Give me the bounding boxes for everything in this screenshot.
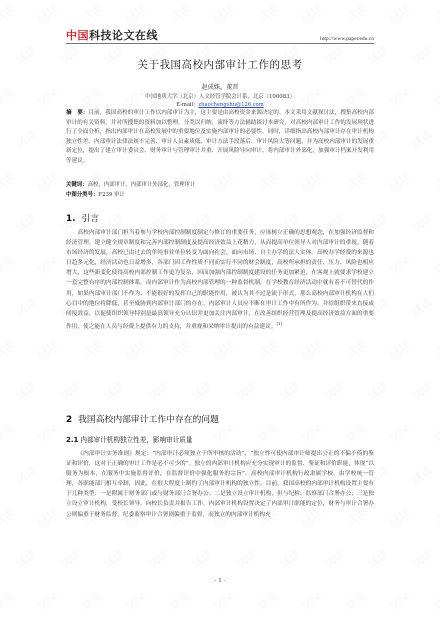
watermark-text: 试读: [144, 378, 171, 404]
watermark-text: 试读: [408, 126, 435, 152]
watermark-text: 试读: [386, 336, 413, 362]
watermark-text: 试读: [34, 168, 61, 194]
watermark-text: 试读: [254, 420, 281, 446]
section-2-heading: 2我国高校内部审计工作中存在的问题: [66, 412, 219, 425]
email-label: E-mail：: [176, 102, 198, 108]
paragraph-text: 《内部审计实务准则》规定：“内部审计必须独立于所审核的活动”，“独立性可使内部审…: [66, 451, 374, 518]
watermark-text: 试读: [364, 378, 391, 404]
watermark-text: 试读: [0, 336, 17, 362]
watermark-text: 试读: [276, 546, 303, 572]
site-header: 中国 科技论文在线 http://www.paper.edu.cn: [66, 29, 374, 44]
watermark-text: 试读: [232, 378, 259, 404]
watermark-text: 试读: [0, 588, 17, 614]
section-1-heading: 1.引言: [66, 211, 99, 224]
abstract: 摘 要：目前，我国高校的审计工作以内部审计为主，这主要是由高校资金来源决定的。本…: [66, 109, 374, 167]
watermark-text: 试读: [386, 252, 413, 278]
email-link[interactable]: zhaochengshu@126.com: [198, 102, 263, 108]
watermark-text: 试读: [12, 210, 39, 236]
watermark-text: 试读: [408, 462, 435, 488]
watermark-text: 试读: [210, 0, 237, 26]
watermark-text: 试读: [56, 378, 83, 404]
keywords-label: 关键词：: [66, 182, 88, 188]
watermark-text: 试读: [276, 378, 303, 404]
watermark-text: 试读: [342, 336, 369, 362]
watermark-text: 试读: [34, 252, 61, 278]
watermark-text: 试读: [122, 588, 149, 614]
watermark-text: 试读: [12, 126, 39, 152]
watermark-text: 试读: [430, 252, 440, 278]
watermark-text: 试读: [188, 546, 215, 572]
watermark-text: 试读: [430, 420, 440, 446]
watermark-text: 试读: [12, 42, 39, 68]
paper-authors: 赵成姝，董晋: [66, 82, 374, 91]
citation[interactable]: [1]: [276, 321, 282, 326]
watermark-text: 试读: [78, 336, 105, 362]
watermark-text: 试读: [210, 588, 237, 614]
watermark-text: 试读: [386, 420, 413, 446]
abstract-text: 目前，我国高校的审计工作以内部审计为主，这主要是由高校资金来源决定的。本文采用文…: [66, 110, 374, 164]
watermark-text: 试读: [210, 336, 237, 362]
watermark-text: 试读: [34, 0, 61, 26]
watermark-text: 试读: [166, 0, 193, 26]
watermark-text: 试读: [144, 546, 171, 572]
watermark-text: 试读: [100, 378, 127, 404]
watermark-text: 试读: [430, 336, 440, 362]
watermark-text: 试读: [12, 546, 39, 572]
watermark-text: 试读: [12, 378, 39, 404]
section-title: 我国高校内部审计工作中存在的问题: [78, 415, 219, 425]
watermark-text: 试读: [100, 546, 127, 572]
section-number: 1.: [66, 214, 75, 224]
watermark-text: 试读: [386, 0, 413, 26]
watermark-text: 试读: [254, 0, 281, 26]
watermark-text: 试读: [0, 420, 17, 446]
watermark-text: 试读: [34, 420, 61, 446]
watermark-text: 试读: [254, 588, 281, 614]
watermark-text: 试读: [386, 504, 413, 530]
watermark-text: 试读: [430, 168, 440, 194]
watermark-text: 试读: [386, 168, 413, 194]
clc-label: 中图分类号：: [66, 192, 98, 198]
watermark-text: 试读: [12, 462, 39, 488]
watermark-text: 试读: [298, 0, 325, 26]
keywords-block: 关键词：高校，内部审计，内部审计外部化，管理审计 中图分类号：F239 审计: [66, 181, 374, 200]
watermark-text: 试读: [122, 0, 149, 26]
watermark-text: 试读: [430, 84, 440, 110]
watermark-text: 试读: [342, 0, 369, 26]
watermark-text: 试读: [342, 588, 369, 614]
paper-title: 关于我国高校内部审计工作的思考: [66, 57, 374, 72]
clc-text: F239 审计: [98, 192, 125, 198]
site-logo[interactable]: 中国 科技论文在线: [66, 30, 158, 43]
watermark-text: 试读: [320, 378, 347, 404]
watermark-text: 试读: [166, 588, 193, 614]
watermark-text: 试读: [298, 420, 325, 446]
paragraph-text: 高校内部审计部门担当着参与学校内部控制制度制定与修订的重要任务，应该树立正确的思…: [66, 230, 374, 330]
watermark-text: 试读: [34, 84, 61, 110]
watermark-text: 试读: [232, 546, 259, 572]
watermark-text: 试读: [386, 588, 413, 614]
watermark-text: 试读: [188, 378, 215, 404]
paper-affiliation: 中国地质大学（北京）人文经管学院会计系，北京（100083）: [66, 92, 374, 100]
watermark-text: 试读: [0, 84, 17, 110]
watermark-text: 试读: [0, 168, 17, 194]
watermark-text: 试读: [34, 588, 61, 614]
watermark-text: 试读: [0, 504, 17, 530]
watermark-text: 试读: [34, 336, 61, 362]
watermark-text: 试读: [430, 588, 440, 614]
logo-black-text: 科技论文在线: [89, 30, 158, 42]
watermark-text: 试读: [408, 42, 435, 68]
watermark-text: 试读: [408, 378, 435, 404]
section-1-paragraph: 高校内部审计部门担当着参与学校内部控制制度制定与修订的重要任务，应该树立正确的思…: [66, 228, 374, 332]
subsection-2-1-heading: 2.1内部审计机构独立性差，影响审计质量: [66, 434, 193, 444]
watermark-text: 试读: [298, 336, 325, 362]
watermark-text: 试读: [298, 588, 325, 614]
email-line: E-mail：zhaochengshu@126.com: [66, 101, 374, 108]
logo-red-text: 中国: [66, 30, 89, 42]
watermark-text: 试读: [408, 546, 435, 572]
watermark-text: 试读: [386, 84, 413, 110]
watermark-text: 试读: [122, 336, 149, 362]
watermark-text: 试读: [0, 252, 17, 278]
watermark-text: 试读: [166, 336, 193, 362]
subsection-number: 2.1: [66, 436, 78, 444]
watermark-text: 试读: [78, 0, 105, 26]
keywords-text: 高校，内部审计，内部审计外部化，管理审计: [88, 182, 196, 188]
watermark-text: 试读: [408, 210, 435, 236]
watermark-text: 试读: [364, 546, 391, 572]
watermark-text: 试读: [0, 0, 17, 26]
watermark-text: 试读: [408, 294, 435, 320]
site-url[interactable]: http://www.paper.edu.cn: [320, 36, 374, 43]
watermark-text: 试读: [430, 504, 440, 530]
section-number: 2: [66, 415, 72, 425]
subsection-2-1-paragraph: 《内部审计实务准则》规定：“内部审计必须独立于所审核的活动”，“独立性可使内部审…: [66, 449, 374, 520]
watermark-text: 试读: [430, 0, 440, 26]
watermark-text: 试读: [342, 420, 369, 446]
watermark-text: 试读: [320, 546, 347, 572]
watermark-text: 试读: [78, 588, 105, 614]
section-title: 引言: [81, 214, 99, 224]
watermark-text: 试读: [56, 546, 83, 572]
watermark-text: 试读: [254, 336, 281, 362]
watermark-text: 试读: [12, 294, 39, 320]
subsection-title: 内部审计机构独立性差，影响审计质量: [80, 436, 192, 444]
abstract-label: 摘 要：: [66, 110, 88, 116]
watermark-text: 试读: [34, 504, 61, 530]
page-number: - 1 -: [66, 578, 374, 584]
